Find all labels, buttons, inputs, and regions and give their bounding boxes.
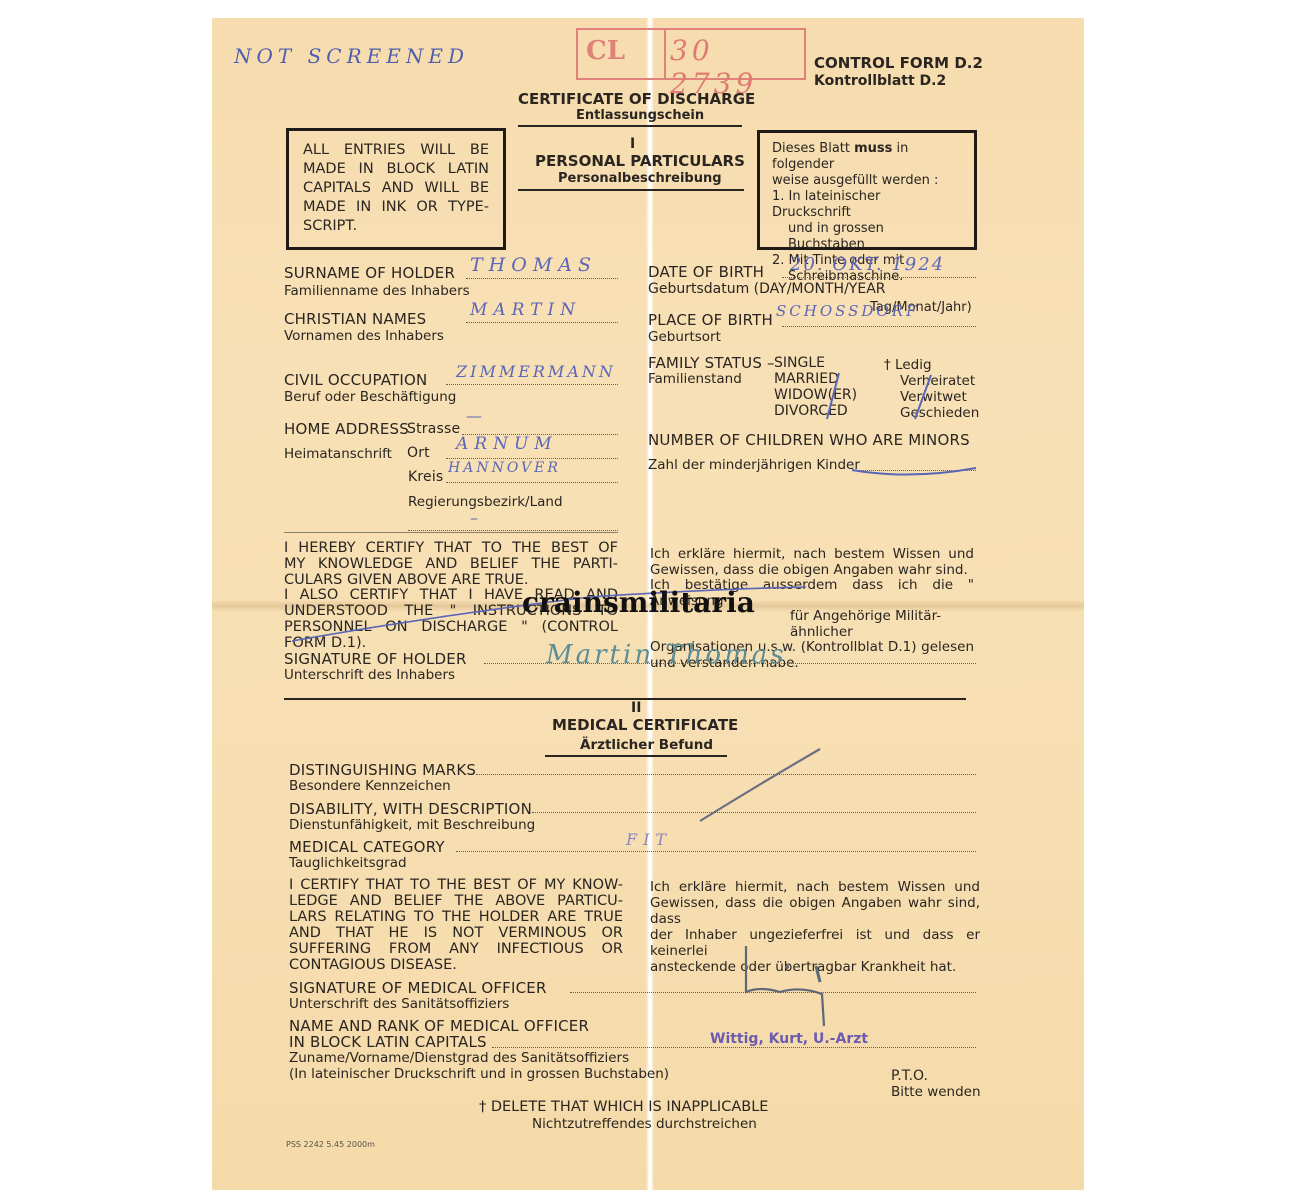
page-title-de: Entlassungschein xyxy=(576,108,704,123)
delete-note: † DELETE THAT WHICH IS INAPPLICABLE xyxy=(479,1099,768,1115)
pto-label-de: Bitte wenden xyxy=(891,1084,981,1100)
medical-certify-en: I CERTIFY THAT TO THE BEST OF MY KNOW- L… xyxy=(289,877,623,973)
place-of-birth-value: SCHOSSDORF xyxy=(776,302,919,320)
instructions-box-de: Dieses Blatt muss in folgender weise aus… xyxy=(757,130,977,250)
watermark: crainsmilitaria xyxy=(522,586,755,619)
holder-signature-label-de: Unterschrift des Inhabers xyxy=(284,667,455,683)
officer-name-label-2: IN BLOCK LATIN CAPITALS xyxy=(289,1033,487,1051)
instruction-line: MADE IN INK OR TYPE- xyxy=(303,198,489,217)
delete-note-de: Nichtzutreffendes durchstreichen xyxy=(532,1116,757,1132)
civil-occupation-label: CIVIL OCCUPATION xyxy=(284,371,427,389)
medical-category-field[interactable] xyxy=(456,851,976,852)
date-of-birth-value: 20. OKT. 1924 xyxy=(790,254,945,275)
children-label-de: Zahl der minderjährigen Kinder xyxy=(648,457,860,473)
strasse-value: — xyxy=(466,406,488,425)
instruction-line: CAPITALS AND WILL BE xyxy=(303,179,489,198)
kreis-label: Kreis xyxy=(408,469,443,485)
stamp-prefix: CL xyxy=(586,36,625,66)
ort-label: Ort xyxy=(407,445,430,461)
surname-label: SURNAME OF HOLDER xyxy=(284,264,455,282)
home-address-label-de: Heimatanschrift xyxy=(284,446,392,462)
instructions-box-en: ALL ENTRIES WILL BE MADE IN BLOCK LATIN … xyxy=(286,128,506,250)
kreis-value: HANNOVER xyxy=(448,460,561,476)
christian-names-label-de: Vornamen des Inhabers xyxy=(284,328,444,344)
christian-names-label: CHRISTIAN NAMES xyxy=(284,310,426,328)
ort-field[interactable] xyxy=(446,458,618,459)
christian-names-value: MARTIN xyxy=(470,300,581,320)
officer-signature-label-de: Unterschrift des Sanitätsoffiziers xyxy=(289,996,509,1012)
instruction-line: MADE IN BLOCK LATIN xyxy=(303,160,489,179)
medical-category-label-de: Tauglichkeitsgrad xyxy=(289,855,407,871)
holder-signature-label: SIGNATURE OF HOLDER xyxy=(284,650,467,668)
civil-occupation-field[interactable] xyxy=(446,384,618,385)
ort-value: ARNUM xyxy=(456,434,558,454)
civil-occupation-value: ZIMMERMANN xyxy=(456,362,616,381)
place-of-birth-field[interactable] xyxy=(782,326,976,327)
distinguishing-marks-label: DISTINGUISHING MARKS xyxy=(289,761,476,779)
section2-title: MEDICAL CERTIFICATE xyxy=(552,716,738,734)
officer-signature-scribble xyxy=(740,942,860,1032)
officer-name-label-de-1: Zuname/Vorname/Dienstgrad des Sanitätsof… xyxy=(289,1050,629,1066)
family-status-label: FAMILY STATUS – xyxy=(648,354,775,372)
instruction-de-line: weise ausgefüllt werden : xyxy=(772,173,962,189)
strike-line-medical xyxy=(698,745,828,825)
stamp-divider xyxy=(664,30,666,78)
civil-occupation-label-de: Beruf oder Beschäftigung xyxy=(284,389,456,405)
section1-title: PERSONAL PARTICULARS xyxy=(535,152,745,170)
section1-title-de: Personalbeschreibung xyxy=(558,171,722,186)
disability-label-de: Dienstunfähigkeit, mit Beschreibung xyxy=(289,817,535,833)
date-of-birth-field[interactable] xyxy=(782,277,976,278)
section2-numeral: II xyxy=(631,700,641,716)
officer-name-label-de-2: (In lateinischer Druckschrift und in gro… xyxy=(289,1066,669,1082)
handwritten-note: NOT SCREENED xyxy=(234,44,469,68)
section1-numeral: I xyxy=(630,136,635,152)
medical-category-value: FIT xyxy=(626,830,672,849)
strasse-label: Strasse xyxy=(407,421,460,437)
certify-top-rule xyxy=(284,532,618,533)
land-value: – xyxy=(470,508,484,527)
date-of-birth-label: DATE OF BIRTH xyxy=(648,263,764,281)
holder-signature-value: Martin Thomas xyxy=(546,640,787,670)
section1-underline xyxy=(518,189,744,191)
date-of-birth-label-de: Geburtsdatum (DAY/MONTH/YEAR xyxy=(648,281,886,297)
officer-signature-label: SIGNATURE OF MEDICAL OFFICER xyxy=(289,979,547,997)
kreis-field[interactable] xyxy=(446,482,618,483)
section2-title-de: Ärztlicher Befund xyxy=(580,737,713,753)
instruction-de-line: Dieses Blatt muss in folgender xyxy=(772,141,962,173)
instruction-line: SCRIPT. xyxy=(303,217,489,236)
home-address-label: HOME ADDRESS xyxy=(284,420,409,438)
family-status-label-de: Familienstand xyxy=(648,371,742,387)
disability-label: DISABILITY, WITH DESCRIPTION xyxy=(289,800,532,818)
land-field[interactable] xyxy=(408,530,618,531)
control-form-de: Kontrollblatt D.2 xyxy=(814,73,946,89)
children-label: NUMBER OF CHILDREN WHO ARE MINORS xyxy=(648,431,970,449)
title-underline xyxy=(518,125,742,127)
children-dash-mark xyxy=(850,462,980,482)
distinguishing-marks-label-de: Besondere Kennzeichen xyxy=(289,778,451,794)
print-code: PSS 2242 5.45 2000m xyxy=(286,1140,375,1149)
land-label: Regierungsbezirk/Land xyxy=(408,494,563,510)
surname-value: THOMAS xyxy=(470,254,597,276)
surname-field[interactable] xyxy=(466,278,618,279)
page-title: CERTIFICATE OF DISCHARGE xyxy=(518,90,755,108)
instruction-de-line: 1. In lateinischer Druckschrift xyxy=(772,189,962,221)
surname-label-de: Familienname des Inhabers xyxy=(284,283,470,299)
officer-name-stamp: Wittig, Kurt, U.-Arzt xyxy=(710,1031,868,1047)
control-form-en: CONTROL FORM D.2 xyxy=(814,54,983,72)
place-of-birth-label: PLACE OF BIRTH xyxy=(648,311,773,329)
place-of-birth-label-de: Geburtsort xyxy=(648,329,721,345)
strike-mark-family-status xyxy=(815,365,975,425)
section-divider xyxy=(284,698,966,700)
instruction-line: ALL ENTRIES WILL BE xyxy=(303,141,489,160)
officer-name-field[interactable] xyxy=(492,1047,976,1048)
medical-category-label: MEDICAL CATEGORY xyxy=(289,838,445,856)
registration-stamp: CL 30 2739 xyxy=(576,28,806,80)
pto-label: P.T.O. xyxy=(891,1068,928,1084)
instruction-de-line: und in grossen Buchstaben xyxy=(772,221,962,253)
christian-names-field[interactable] xyxy=(466,322,618,323)
